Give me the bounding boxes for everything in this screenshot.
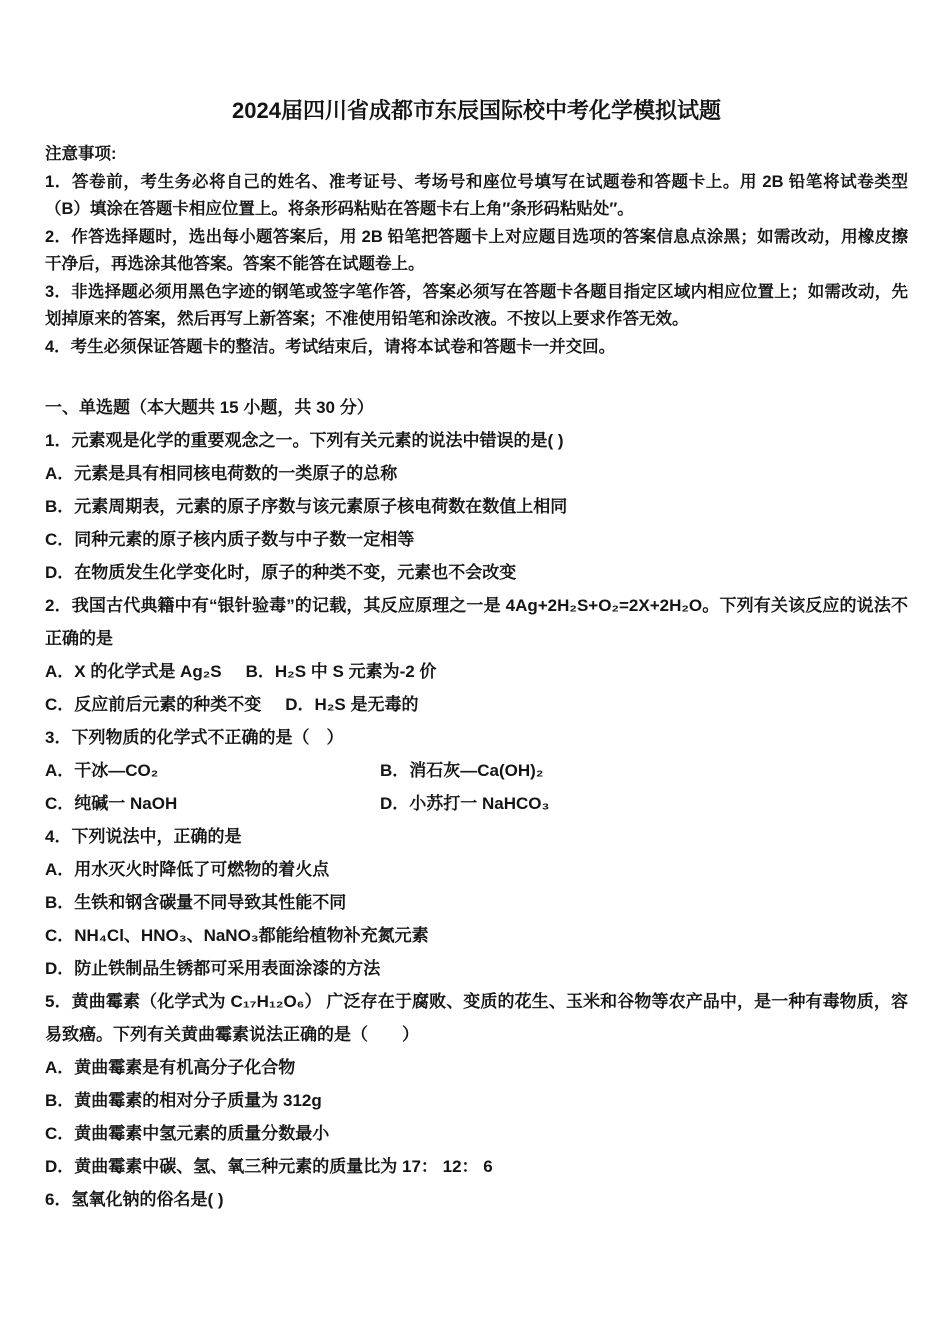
question-3-option-b: B．消石灰—Ca(OH)₂ <box>380 761 543 780</box>
question-4: 4．下列说法中，正确的是 A．用水灭火时降低了可燃物的着火点 B．生铁和钢含碳量… <box>45 820 908 985</box>
question-3-option-d: D．小苏打一 NaHCO₃ <box>380 794 549 813</box>
question-1-stem: 1．元素观是化学的重要观念之一。下列有关元素的说法中错误的是( ) <box>45 424 908 457</box>
question-1-option-b: B．元素周期表，元素的原子序数与该元素原子核电荷数在数值上相同 <box>45 490 908 523</box>
question-4-option-a: A．用水灭火时降低了可燃物的着火点 <box>45 853 908 886</box>
question-4-option-b: B．生铁和钢含碳量不同导致其性能不同 <box>45 886 908 919</box>
section-spacer <box>45 361 908 391</box>
question-1-option-a: A．元素是具有相同核电荷数的一类原子的总称 <box>45 457 908 490</box>
question-1-option-d: D．在物质发生化学变化时，原子的种类不变，元素也不会改变 <box>45 556 908 589</box>
question-5-option-d: D．黄曲霉素中碳、氢、氧三种元素的质量比为 17： 12： 6 <box>45 1150 908 1183</box>
question-5-option-b: B．黄曲霉素的相对分子质量为 312g <box>45 1084 908 1117</box>
question-4-option-c: C．NH₄Cl、HNO₃、NaNO₃都能给植物补充氮元素 <box>45 919 908 952</box>
page-title: 2024届四川省成都市东辰国际校中考化学模拟试题 <box>45 96 908 126</box>
section-header: 一、单选题（本大题共 15 小题，共 30 分） <box>45 391 908 424</box>
notice-item-2: 2．作答选择题时，选出每小题答案后，用 2B 铅笔把答题卡上对应题目选项的答案信… <box>45 224 908 279</box>
question-5-option-c: C．黄曲霉素中氢元素的质量分数最小 <box>45 1117 908 1150</box>
question-2-stem: 2．我国古代典籍中有“银针验毒”的记载，其反应原理之一是 4Ag+2H₂S+O₂… <box>45 589 908 655</box>
notice-item-4: 4．考生必须保证答题卡的整洁。考试结束后，请将本试卷和答题卡一并交回。 <box>45 334 908 362</box>
question-5-stem: 5．黄曲霉素（化学式为 C₁₇H₁₂O₆） 广泛存在于腐败、变质的花生、玉米和谷… <box>45 985 908 1051</box>
question-3: 3．下列物质的化学式不正确的是（ ） A．干冰—CO₂B．消石灰—Ca(OH)₂… <box>45 721 908 820</box>
notice-section: 注意事项: 1．答卷前，考生务必将自己的姓名、准考证号、考场号和座位号填写在试题… <box>45 141 908 361</box>
question-4-stem: 4．下列说法中，正确的是 <box>45 820 908 853</box>
question-1-option-c: C．同种元素的原子核内质子数与中子数一定相等 <box>45 523 908 556</box>
question-2-option-row-ab: A．X 的化学式是 Ag₂SB．H₂S 中 S 元素为-2 价 <box>45 655 908 688</box>
question-6: 6．氢氧化钠的俗名是( ) <box>45 1183 908 1216</box>
notice-heading: 注意事项: <box>45 141 908 169</box>
exam-paper-page: 2024届四川省成都市东辰国际校中考化学模拟试题 注意事项: 1．答卷前，考生务… <box>0 0 950 1344</box>
question-2-option-d: D．H₂S 是无毒的 <box>285 695 418 714</box>
question-6-stem: 6．氢氧化钠的俗名是( ) <box>45 1183 908 1216</box>
question-5-option-a: A．黄曲霉素是有机高分子化合物 <box>45 1051 908 1084</box>
question-2-option-row-cd: C．反应前后元素的种类不变D．H₂S 是无毒的 <box>45 688 908 721</box>
notice-item-3: 3．非选择题必须用黑色字迹的钢笔或签字笔作答，答案必须写在答题卡各题目指定区域内… <box>45 279 908 334</box>
question-3-option-c: C．纯碱一 NaOH <box>45 787 380 820</box>
question-2-option-b: B．H₂S 中 S 元素为-2 价 <box>246 662 437 681</box>
question-1: 1．元素观是化学的重要观念之一。下列有关元素的说法中错误的是( ) A．元素是具… <box>45 424 908 589</box>
question-4-option-d: D．防止铁制品生锈都可采用表面涂漆的方法 <box>45 952 908 985</box>
question-2-option-a: A．X 的化学式是 Ag₂S <box>45 662 222 681</box>
question-2-option-c: C．反应前后元素的种类不变 <box>45 695 261 714</box>
question-3-option-row-ab: A．干冰—CO₂B．消石灰—Ca(OH)₂ <box>45 754 908 787</box>
question-2: 2．我国古代典籍中有“银针验毒”的记载，其反应原理之一是 4Ag+2H₂S+O₂… <box>45 589 908 721</box>
question-5: 5．黄曲霉素（化学式为 C₁₇H₁₂O₆） 广泛存在于腐败、变质的花生、玉米和谷… <box>45 985 908 1183</box>
notice-item-1: 1．答卷前，考生务必将自己的姓名、准考证号、考场号和座位号填写在试题卷和答题卡上… <box>45 169 908 224</box>
question-3-stem: 3．下列物质的化学式不正确的是（ ） <box>45 721 908 754</box>
question-3-option-a: A．干冰—CO₂ <box>45 754 380 787</box>
question-3-option-row-cd: C．纯碱一 NaOHD．小苏打一 NaHCO₃ <box>45 787 908 820</box>
